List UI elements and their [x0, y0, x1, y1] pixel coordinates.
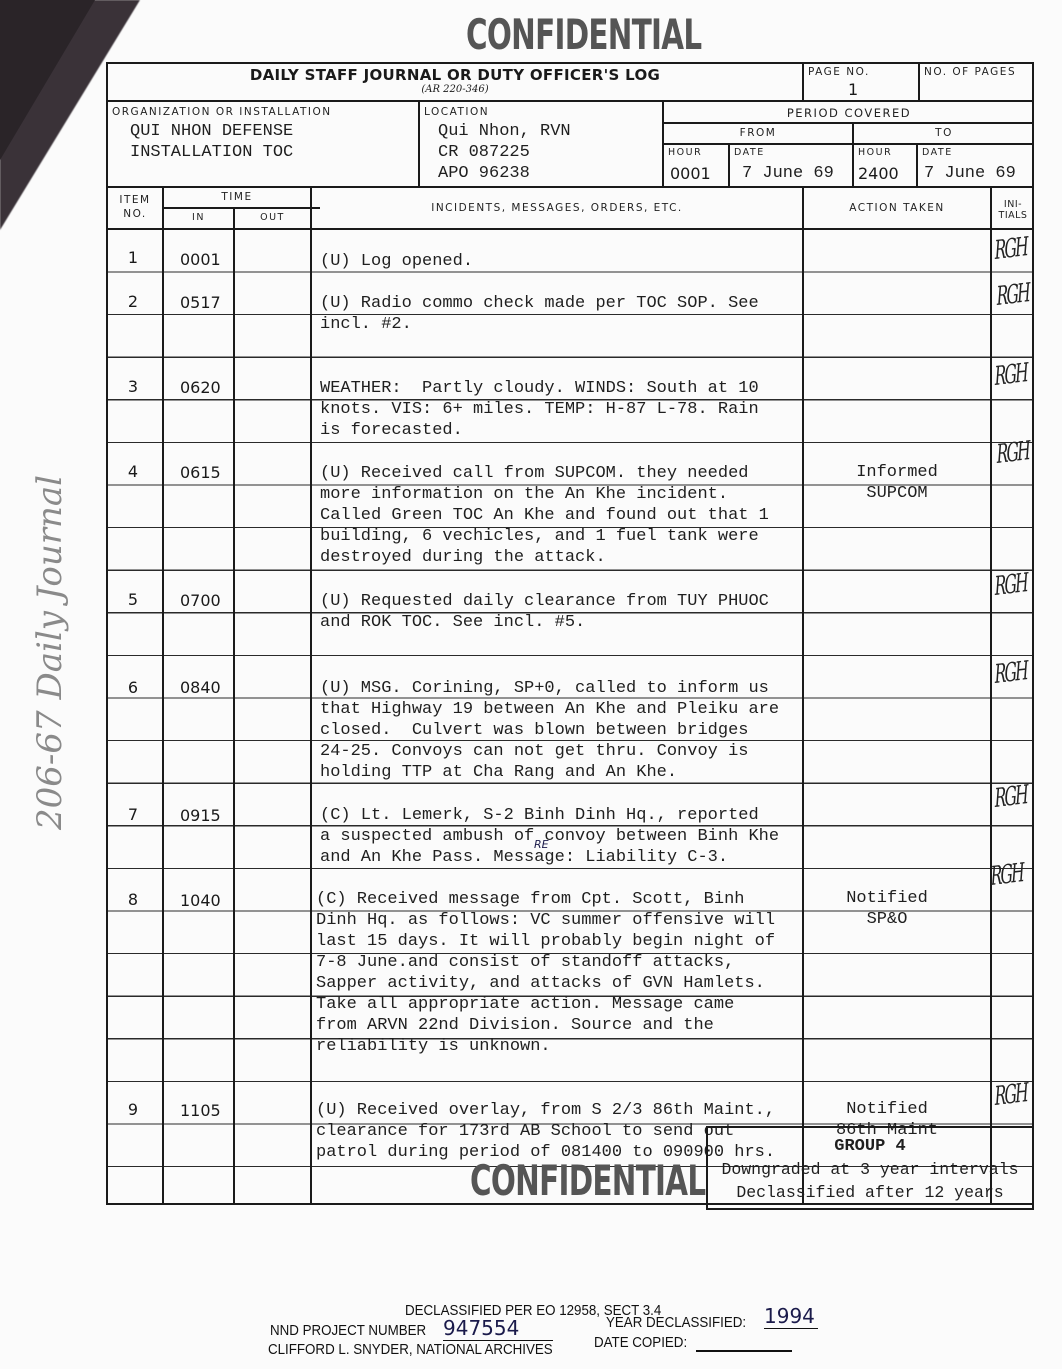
- from-date: 7 June 69: [742, 164, 834, 183]
- to-label: TO: [854, 127, 1034, 139]
- classification-stamp-top: CONFIDENTIAL: [466, 10, 701, 59]
- divider: [106, 228, 1034, 230]
- nnd-project-number: 947554: [443, 1316, 553, 1341]
- initials-signature: RGH: [994, 358, 1028, 392]
- entry-text-line: is forecasted.: [320, 420, 463, 441]
- entry-text-line: reliability is unknown.: [316, 1036, 551, 1057]
- nnd-project-label: NND PROJECT NUMBER: [270, 1323, 426, 1339]
- col-initials-label-2: TIALS: [992, 210, 1034, 221]
- initials-signature: RGH: [994, 656, 1028, 690]
- entry-text-line: from ARVN 22nd Division. Source and the: [316, 1015, 714, 1036]
- year-declassified-label: YEAR DECLASSIFIED:: [606, 1315, 746, 1331]
- margin-handwritten-note: 206-67 Daily Journal: [30, 475, 70, 830]
- entry-text-line: (U) Requested daily clearance from TUY P…: [320, 591, 769, 612]
- from-label: FROM: [664, 127, 852, 139]
- archivist-name: CLIFFORD L. SNYDER, NATIONAL ARCHIVES: [268, 1342, 553, 1358]
- item-number: 7: [108, 805, 158, 824]
- time-in: 0620: [180, 378, 221, 397]
- entry-text-line: incl. #2.: [320, 314, 412, 335]
- group-stamp-declassified: Declassified after 12 years: [706, 1183, 1034, 1202]
- col-out-label: OUT: [235, 212, 310, 223]
- group-stamp-title: GROUP 4: [706, 1137, 1034, 1156]
- entry-text-line: building, 6 vechicles, and 1 fuel tank w…: [320, 526, 759, 547]
- initials-signature: RGH: [994, 1078, 1028, 1112]
- no-of-pages-label: NO. OF PAGES: [924, 66, 1016, 78]
- location-line-2: CR 087225: [438, 143, 530, 162]
- col-action-label: ACTION TAKEN: [804, 202, 990, 214]
- entry-text-line: clearance for 173rd AB School to send ou…: [316, 1121, 734, 1142]
- item-number: 5: [108, 590, 158, 609]
- action-taken-line: Notified: [804, 1100, 970, 1119]
- item-number: 6: [108, 678, 158, 697]
- time-in: 0700: [180, 591, 221, 610]
- entry-text-line: and ROK TOC. See incl. #5.: [320, 612, 585, 633]
- form-title: DAILY STAFF JOURNAL OR DUTY OFFICER'S LO…: [110, 66, 800, 84]
- entry-text-line: (U) Received overlay, from S 2/3 86th Ma…: [316, 1100, 775, 1121]
- form-regulation: (AR 220-346): [110, 84, 800, 95]
- to-date-label: DATE: [922, 147, 953, 158]
- location-line-1: Qui Nhon, RVN: [438, 122, 571, 141]
- divider: [233, 207, 235, 1205]
- initials-signature: RGH: [990, 858, 1024, 892]
- initials-signature: RGH: [994, 232, 1028, 266]
- time-in: 0915: [180, 806, 221, 825]
- divider: [802, 62, 804, 100]
- to-hour-label: HOUR: [858, 147, 892, 158]
- time-in: 1040: [180, 891, 221, 910]
- divider: [990, 186, 992, 1205]
- organization-line-2: INSTALLATION TOC: [130, 143, 293, 162]
- entry-text-line: that Highway 19 between An Khe and Pleik…: [320, 699, 779, 720]
- action-taken-line: SUPCOM: [804, 484, 990, 503]
- divider: [662, 143, 1034, 145]
- time-in: 1105: [180, 1101, 221, 1120]
- divider: [162, 186, 164, 1205]
- divider: [802, 186, 804, 1205]
- divider: [106, 186, 1034, 188]
- col-initials-label-1: INI-: [992, 199, 1034, 210]
- entry-text-line: (C) Received message from Cpt. Scott, Bi…: [316, 889, 744, 910]
- entry-text-line: (U) Radio commo check made per TOC SOP. …: [320, 293, 759, 314]
- entry-text-line: a suspected ambush of convoy between Bin…: [320, 826, 779, 847]
- classification-stamp-bottom: CONFIDENTIAL: [470, 1156, 705, 1205]
- entry-text-line: closed. Culvert was blown between bridge…: [320, 720, 748, 741]
- divider: [106, 100, 1034, 102]
- from-hour-label: HOUR: [668, 147, 702, 158]
- entry-text-line: WEATHER: Partly cloudy. WINDS: South at …: [320, 378, 759, 399]
- scan-corner-shadow-inner: [0, 0, 95, 160]
- location-label: LOCATION: [424, 106, 489, 118]
- entry-text-line: Dinh Hq. as follows: VC summer offensive…: [316, 910, 775, 931]
- from-hour: 0001: [670, 164, 711, 183]
- initials-signature: RGH: [996, 278, 1030, 312]
- entry-text-line: last 15 days. It will probably begin nig…: [316, 931, 775, 952]
- organization-line-1: QUI NHON DEFENSE: [130, 122, 293, 141]
- organization-label: ORGANIZATION OR INSTALLATION: [112, 106, 332, 118]
- col-in-label: IN: [164, 212, 233, 223]
- page-no-label: PAGE NO.: [808, 66, 870, 78]
- entry-text-line: Called Green TOC An Khe and found out th…: [320, 505, 769, 526]
- page-no: 1: [848, 80, 858, 99]
- location-line-3: APO 96238: [438, 164, 530, 183]
- action-taken-line: SP&O: [804, 910, 970, 929]
- divider: [310, 186, 312, 1205]
- divider: [728, 143, 730, 186]
- entry-text-line: holding TTP at Cha Rang and An Khe.: [320, 762, 677, 783]
- period-covered-label: PERIOD COVERED: [664, 106, 1034, 120]
- time-in: 0517: [180, 293, 221, 312]
- entry-text-line: more information on the An Khe incident.: [320, 484, 728, 505]
- col-item-label: ITEM: [108, 194, 162, 206]
- entry-text-line: Sapper activity, and attacks of GVN Haml…: [316, 973, 765, 994]
- divider: [662, 122, 1034, 124]
- group-stamp-downgraded: Downgraded at 3 year intervals: [706, 1160, 1034, 1179]
- time-in: 0615: [180, 463, 221, 482]
- handwritten-annotation: RE: [534, 838, 549, 851]
- entry-text-line: (U) Received call from SUPCOM. they need…: [320, 463, 748, 484]
- col-no-label: NO.: [108, 208, 162, 220]
- divider: [162, 207, 320, 209]
- initials-signature: RGH: [994, 780, 1028, 814]
- entry-text-line: (U) Log opened.: [320, 251, 473, 272]
- divider: [916, 143, 918, 186]
- item-number: 4: [108, 462, 158, 481]
- col-time-label: TIME: [164, 191, 310, 203]
- item-number: 9: [108, 1100, 158, 1119]
- divider: [418, 100, 420, 186]
- initials-signature: RGH: [996, 436, 1030, 470]
- entry-text-line: (C) Lt. Lemerk, S-2 Binh Dinh Hq., repor…: [320, 805, 759, 826]
- time-in: 0840: [180, 678, 221, 697]
- to-date: 7 June 69: [924, 164, 1016, 183]
- entry-text-line: 24-25. Convoys can not get thru. Convoy …: [320, 741, 748, 762]
- entry-text-line: Take all appropriate action. Message cam…: [316, 994, 734, 1015]
- item-number: 2: [108, 292, 158, 311]
- col-incidents-label: INCIDENTS, MESSAGES, ORDERS, ETC.: [312, 202, 802, 214]
- entry-text-line: and An Khe Pass. Message: Liability C-3.: [320, 847, 728, 868]
- item-number: 1: [108, 248, 158, 267]
- from-date-label: DATE: [734, 147, 765, 158]
- date-copied-label: DATE COPIED:: [594, 1335, 687, 1351]
- divider: [918, 62, 920, 100]
- action-taken-line: Informed: [804, 463, 990, 482]
- item-number: 3: [108, 377, 158, 396]
- year-declassified: 1994: [764, 1304, 818, 1329]
- to-hour: 2400: [858, 164, 899, 183]
- entry-text-line: knots. VIS: 6+ miles. TEMP: H-87 L-78. R…: [320, 399, 759, 420]
- time-in: 0001: [180, 250, 221, 269]
- item-number: 8: [108, 890, 158, 909]
- entry-text-line: 7-8 June.and consist of standoff attacks…: [316, 952, 734, 973]
- action-taken-line: Notified: [804, 889, 970, 908]
- initials-signature: RGH: [994, 568, 1028, 602]
- entry-text-line: (U) MSG. Corining, SP+0, called to infor…: [320, 678, 769, 699]
- date-copied-field: [696, 1350, 792, 1352]
- entry-text-line: destroyed during the attack.: [320, 547, 606, 568]
